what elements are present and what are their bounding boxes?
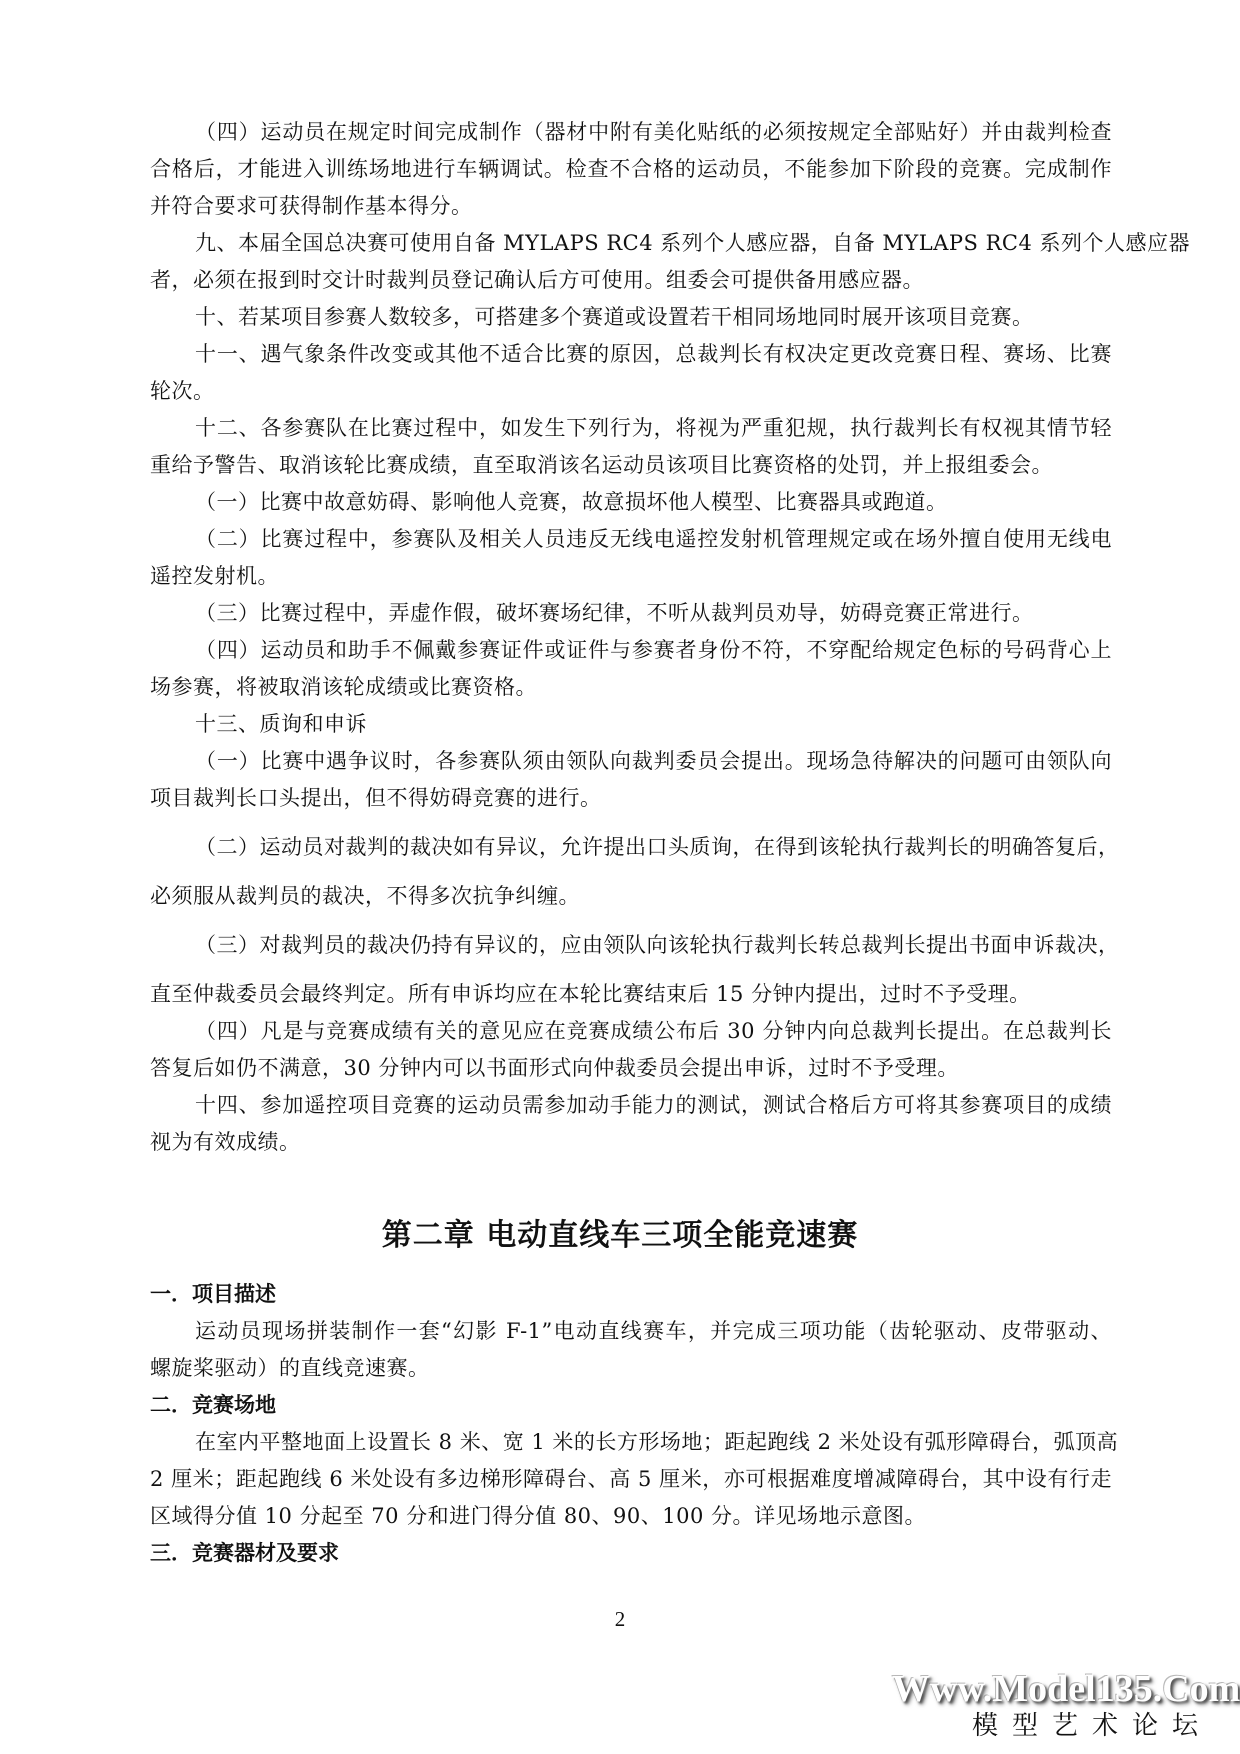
paragraph-line: 2 厘米；距起跑线 6 米处设有多边梯形障碍台、高 5 厘米，亦可根据难度增减障… xyxy=(150,1465,1112,1493)
section-heading-competition-venue: 二．竞赛场地 xyxy=(150,1391,276,1419)
paragraph-line: （四）运动员和助手不佩戴参赛证件或证件与参赛者身份不符，不穿配给规定色标的号码背… xyxy=(195,636,1112,664)
paragraph-line: 十、若某项目参赛人数较多，可搭建多个赛道或设置若干相同场地同时展开该项目竞赛。 xyxy=(195,303,1112,331)
paragraph-line: 必须服从裁判员的裁决，不得多次抗争纠缠。 xyxy=(150,882,1112,910)
paragraph-line: 十三、质询和申诉 xyxy=(195,710,1112,738)
page-number: 2 xyxy=(0,1605,1240,1633)
paragraph-line: 十二、各参赛队在比赛过程中，如发生下列行为，将视为严重犯规，执行裁判长有权视其情… xyxy=(195,414,1112,442)
paragraph-line: 并符合要求可获得制作基本得分。 xyxy=(150,192,1112,220)
paragraph-line: 场参赛，将被取消该轮成绩或比赛资格。 xyxy=(150,673,1112,701)
chapter-title: 第二章 电动直线车三项全能竞速赛 xyxy=(0,1216,1240,1256)
paragraph-line: 运动员现场拼装制作一套“幻影 F-1”电动直线赛车，并完成三项功能（齿轮驱动、皮… xyxy=(195,1317,1112,1345)
paragraph-line: 螺旋桨驱动）的直线竞速赛。 xyxy=(150,1354,1112,1382)
watermark-url: Www.Model135.Com xyxy=(892,1668,1222,1710)
section-heading-equipment-requirements: 三．竞赛器材及要求 xyxy=(150,1539,339,1567)
paragraph-line: 答复后如仍不满意，30 分钟内可以书面形式向仲裁委员会提出申诉，过时不予受理。 xyxy=(150,1054,1112,1082)
paragraph-line: （一）比赛中遇争议时，各参赛队须由领队向裁判委员会提出。现场急待解决的问题可由领… xyxy=(195,747,1112,775)
section-heading-project-description: 一．项目描述 xyxy=(150,1280,276,1308)
paragraph-line: 合格后，才能进入训练场地进行车辆调试。检查不合格的运动员，不能参加下阶段的竞赛。… xyxy=(150,155,1112,183)
paragraph-line: 直至仲裁委员会最终判定。所有申诉均应在本轮比赛结束后 15 分钟内提出，过时不予… xyxy=(150,980,1112,1008)
paragraph-line: 项目裁判长口头提出，但不得妨碍竞赛的进行。 xyxy=(150,784,1112,812)
paragraph-line: 九、本届全国总决赛可使用自备 MYLAPS RC4 系列个人感应器，自备 MYL… xyxy=(195,229,1112,257)
paragraph-line: 十一、遇气象条件改变或其他不适合比赛的原因，总裁判长有权决定更改竞赛日程、赛场、… xyxy=(195,340,1112,368)
paragraph-line: 区域得分值 10 分起至 70 分和进门得分值 80、90、100 分。详见场地… xyxy=(150,1502,1112,1530)
paragraph-line: 重给予警告、取消该轮比赛成绩，直至取消该名运动员该项目比赛资格的处罚，并上报组委… xyxy=(150,451,1112,479)
paragraph-line: （四）凡是与竞赛成绩有关的意见应在竞赛成绩公布后 30 分钟内向总裁判长提出。在… xyxy=(195,1017,1112,1045)
paragraph-line: 十四、参加遥控项目竞赛的运动员需参加动手能力的测试，测试合格后方可将其参赛项目的… xyxy=(195,1091,1112,1119)
watermark-forum-name: 模型艺术论坛 xyxy=(892,1710,1212,1742)
paragraph-line: （二）比赛过程中，参赛队及相关人员违反无线电遥控发射机管理规定或在场外擅自使用无… xyxy=(195,525,1112,553)
paragraph-line: （二）运动员对裁判的裁决如有异议，允许提出口头质询，在得到该轮执行裁判长的明确答… xyxy=(195,833,1112,861)
paragraph-line: 者，必须在报到时交计时裁判员登记确认后方可使用。组委会可提供备用感应器。 xyxy=(150,266,1112,294)
paragraph-line: （四）运动员在规定时间完成制作（器材中附有美化贴纸的必须按规定全部贴好）并由裁判… xyxy=(195,118,1112,146)
paragraph-line: （三）对裁判员的裁决仍持有异议的，应由领队向该轮执行裁判长转总裁判长提出书面申诉… xyxy=(195,931,1112,959)
watermark: Www.Model135.Com 模型艺术论坛 xyxy=(892,1668,1222,1742)
paragraph-line: 视为有效成绩。 xyxy=(150,1128,1112,1156)
paragraph-line: 轮次。 xyxy=(150,377,1112,405)
paragraph-line: 遥控发射机。 xyxy=(150,562,1112,590)
paragraph-line: （三）比赛过程中，弄虚作假，破坏赛场纪律，不听从裁判员劝导，妨碍竞赛正常进行。 xyxy=(195,599,1112,627)
document-page: （四）运动员在规定时间完成制作（器材中附有美化贴纸的必须按规定全部贴好）并由裁判… xyxy=(0,0,1240,1754)
paragraph-line: 在室内平整地面上设置长 8 米、宽 1 米的长方形场地；距起跑线 2 米处设有弧… xyxy=(195,1428,1112,1456)
paragraph-line: （一）比赛中故意妨碍、影响他人竞赛，故意损坏他人模型、比赛器具或跑道。 xyxy=(195,488,1112,516)
